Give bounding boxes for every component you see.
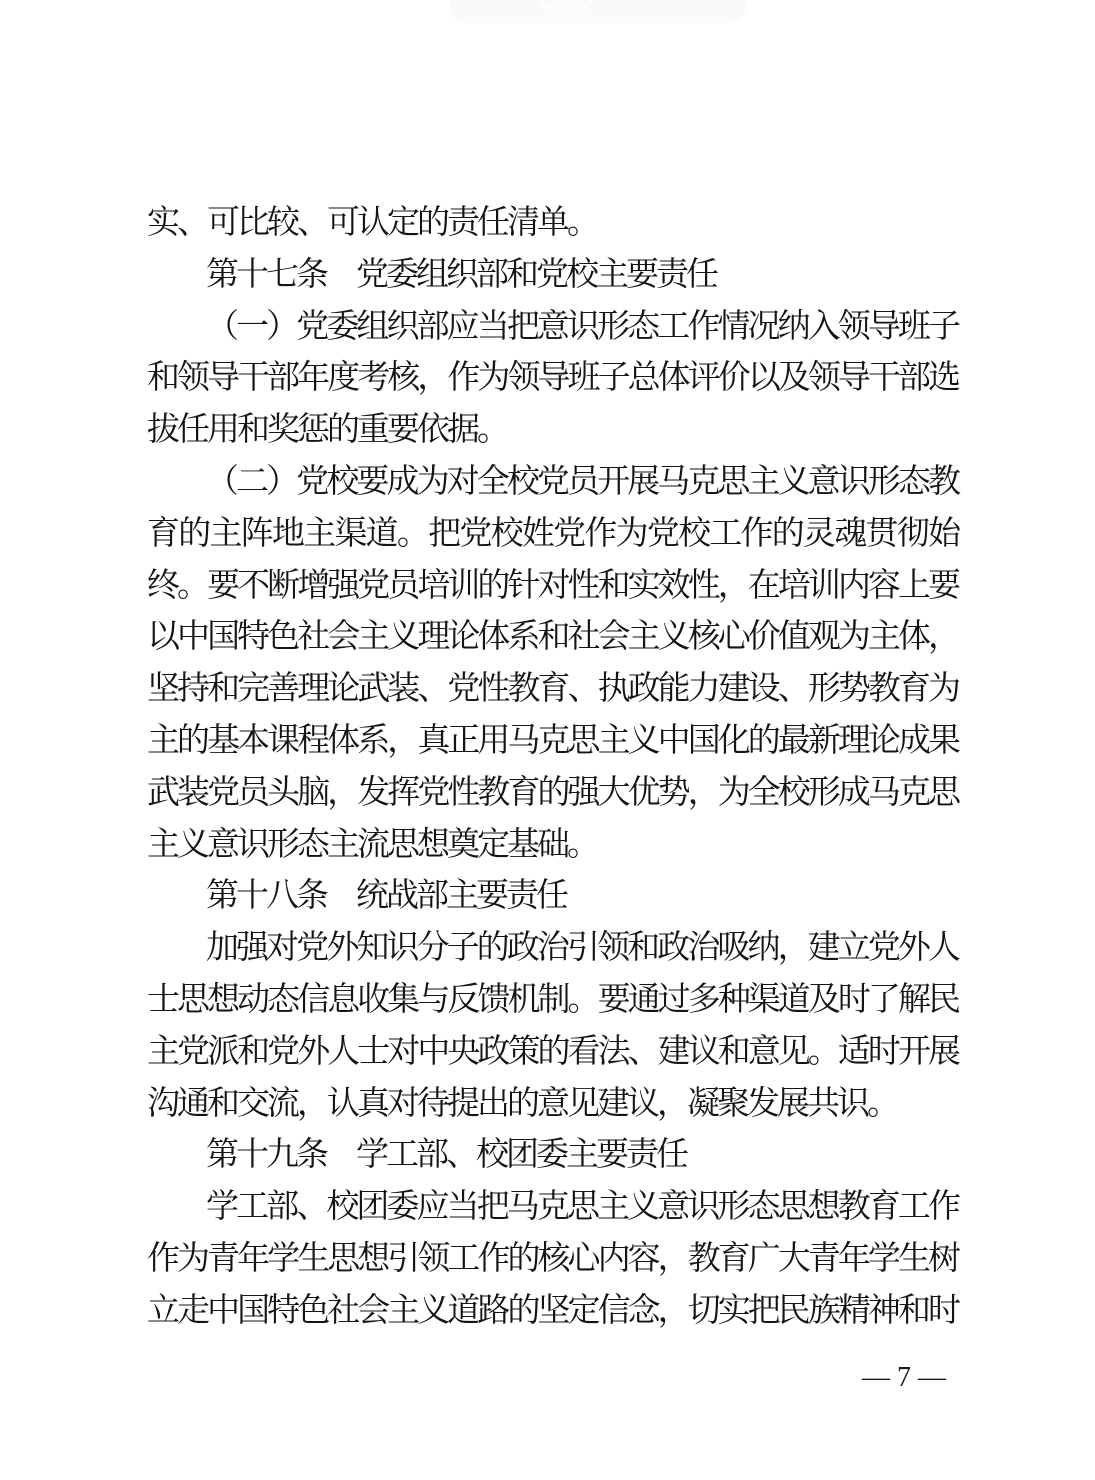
text-line: 武装党员头脑，发挥党性教育的强大优势，为全校形成马克思 xyxy=(147,768,958,820)
overlay-notch xyxy=(540,0,592,9)
text-line: 学工部、校团委应当把马克思主义意识形态思想教育工作 xyxy=(147,1182,958,1234)
top-overlay-remnant xyxy=(450,0,746,21)
text-line: 沟通和交流，认真对待提出的意见建议，凝聚发展共识。 xyxy=(147,1079,958,1131)
text-line: 以中国特色社会主义理论体系和社会主义核心价值观为主体， xyxy=(147,612,958,664)
text-line: （二）党校要成为对全校党员开展马克思主义意识形态教 xyxy=(147,457,958,509)
text-line: 和领导干部年度考核，作为领导班子总体评价以及领导干部选 xyxy=(147,353,958,405)
text-line: 第十七条 党委组织部和党校主要责任 xyxy=(147,250,958,302)
text-line: 拔任用和奖惩的重要依据。 xyxy=(147,405,958,457)
text-line: 士思想动态信息收集与反馈机制。要通过多种渠道及时了解民 xyxy=(147,975,958,1027)
text-line: 主党派和党外人士对中央政策的看法、建议和意见。适时开展 xyxy=(147,1027,958,1079)
text-line: 主的基本课程体系，真正用马克思主义中国化的最新理论成果 xyxy=(147,716,958,768)
text-line: 第十九条 学工部、校团委主要责任 xyxy=(147,1130,958,1182)
text-line: 终。要不断增强党员培训的针对性和实效性，在培训内容上要 xyxy=(147,561,958,613)
text-line: 第十八条 统战部主要责任 xyxy=(147,871,958,923)
text-line: （一）党委组织部应当把意识形态工作情况纳入领导班子 xyxy=(147,302,958,354)
text-line: 坚持和完善理论武装、党性教育、执政能力建设、形势教育为 xyxy=(147,664,958,716)
text-line: 主义意识形态主流思想奠定基础。 xyxy=(147,820,958,872)
text-line: 作为青年学生思想引领工作的核心内容，教育广大青年学生树 xyxy=(147,1234,958,1286)
text-line: 加强对党外知识分子的政治引领和政治吸纳，建立党外人 xyxy=(147,923,958,975)
document-page-text: 实、可比较、可认定的责任清单。第十七条 党委组织部和党校主要责任（一）党委组织部… xyxy=(147,198,958,1338)
text-line: 立走中国特色社会主义道路的坚定信念，切实把民族精神和时 xyxy=(147,1286,958,1338)
text-line: 实、可比较、可认定的责任清单。 xyxy=(147,198,958,250)
page-number: — 7 — xyxy=(858,1363,950,1393)
text-line: 育的主阵地主渠道。把党校姓党作为党校工作的灵魂贯彻始 xyxy=(147,509,958,561)
